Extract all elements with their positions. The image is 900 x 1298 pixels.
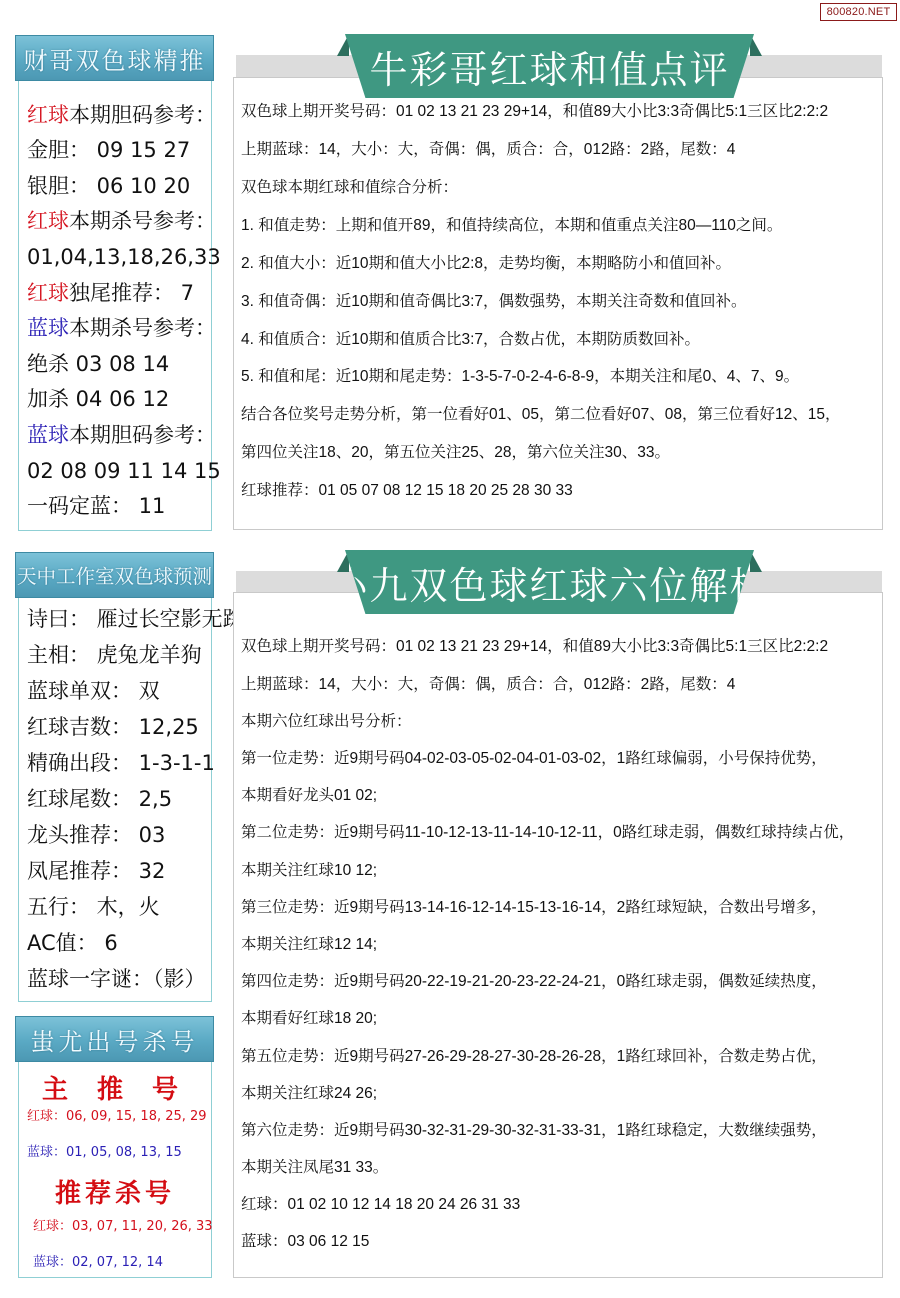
panel1-line-9: 第四位关注18、20，第五位关注25、28，第六位关注30、33。 (241, 445, 670, 461)
panel2-line-1: 上期蓝球：14，大小：大，奇偶：偶，质合：合，012路：2路，尾数：4 (241, 677, 735, 693)
tianzhong-line-1: 主相： 虎兔龙羊狗 (27, 645, 202, 666)
panel1-title: 牛彩哥红球和值点评 (345, 34, 754, 98)
main-pick-heading: 主 推 号 (19, 1069, 211, 1106)
main-pick-red: 红球：06, 09, 15, 18, 25, 29 (19, 1110, 211, 1123)
panel1-content: 双色球上期开奖号码：01 02 13 21 23 29+14，和值89大小比3:… (233, 77, 883, 530)
panel2-ribbon: 小九双色球红球六位解析 (337, 550, 762, 614)
tianzhong-box-title: 天中工作室双色球预测 (15, 552, 214, 598)
panel2-line-2: 本期六位红球出号分析： (241, 714, 412, 730)
caige-line-0: 红球本期胆码参考： (27, 105, 216, 126)
panel2-line-6: 本期关注红球10 12; (241, 863, 377, 879)
panel2-line-15: 红球：01 02 10 12 14 18 20 24 26 31 33 (241, 1197, 520, 1213)
caige-line-4: 01,04,13,18,26,33 (27, 247, 221, 268)
panel2-line-3: 第一位走势：近9期号码04-02-03-05-02-04-01-03-02，1路… (241, 751, 827, 767)
site-watermark: 800820.NET (820, 3, 897, 21)
caige-line-2: 银胆： 06 10 20 (27, 176, 190, 197)
main-pick-blue: 蓝球：01, 05, 08, 13, 15 (19, 1146, 211, 1159)
caige-line-9: 蓝球本期胆码参考： (27, 425, 216, 446)
panel2-line-9: 第四位走势：近9期号码20-22-19-21-20-23-22-24-21，0路… (241, 974, 827, 990)
panel2-line-4: 本期看好龙头01 02; (241, 788, 377, 804)
panel1-line-10: 红球推荐：01 05 07 08 12 15 18 20 25 28 30 33 (241, 483, 573, 499)
tianzhong-line-5: 红球尾数： 2,5 (27, 789, 172, 810)
caige-line-6: 蓝球本期杀号参考： (27, 318, 216, 339)
panel2-content: 双色球上期开奖号码：01 02 13 21 23 29+14，和值89大小比3:… (233, 592, 883, 1278)
kill-pick-heading: 推荐杀号 (19, 1173, 211, 1210)
caige-line-7: 绝杀 03 08 14 (27, 354, 169, 375)
caige-line-3: 红球本期杀号参考： (27, 211, 216, 232)
tianzhong-line-4: 精确出段： 1-3-1-1 (27, 753, 215, 774)
panel2-line-11: 第五位走势：近9期号码27-26-29-28-27-30-28-26-28，1路… (241, 1049, 827, 1065)
tianzhong-line-9: AC值： 6 (27, 933, 118, 954)
panel1-line-6: 4. 和值质合：近10期和值质合比3:7，合数占优，本期防质数回补。 (241, 332, 700, 348)
panel2-line-16: 蓝球：03 06 12 15 (241, 1234, 369, 1250)
panel2-line-10: 本期看好红球18 20; (241, 1011, 377, 1027)
tianzhong-line-0: 诗曰： 雁过长空影无踪 (27, 609, 244, 630)
panel2-line-8: 本期关注红球12 14; (241, 937, 377, 953)
caige-line-5: 红球独尾推荐： 7 (27, 283, 194, 304)
panel1-line-3: 1. 和值走势：上期和值开89，和值持续高位，本期和值重点关注80—110之间。 (241, 218, 782, 234)
tianzhong-line-3: 红球吉数： 12,25 (27, 717, 199, 738)
panel1-line-7: 5. 和值和尾：近10期和尾走势：1-3-5-7-0-2-4-6-8-9，本期关… (241, 369, 799, 385)
panel1-line-8: 结合各位奖号走势分析，第一位看好01、05，第二位看好07、08，第三位看好12… (241, 407, 840, 423)
panel1-line-4: 2. 和值大小：近10期和值大小比2:8，走势均衡，本期略防小和值回补。 (241, 256, 731, 272)
chiyou-box-title: 蚩尤出号杀号 (15, 1016, 214, 1062)
tianzhong-line-8: 五行： 木，火 (27, 897, 160, 918)
caige-box-title: 财哥双色球精推 (15, 35, 214, 81)
kill-pick-red: 红球：03, 07, 11, 20, 26, 33 (19, 1220, 211, 1233)
panel1-ribbon: 牛彩哥红球和值点评 (337, 34, 762, 98)
chiyou-box: 主 推 号 红球：06, 09, 15, 18, 25, 29 蓝球：01, 0… (18, 1058, 212, 1278)
panel1-line-5: 3. 和值奇偶：近10期和值奇偶比3:7，偶数强势，本期关注奇数和值回补。 (241, 294, 747, 310)
panel1-line-0: 双色球上期开奖号码：01 02 13 21 23 29+14，和值89大小比3:… (241, 104, 828, 120)
caige-line-8: 加杀 04 06 12 (27, 389, 169, 410)
tianzhong-line-7: 凤尾推荐： 32 (27, 861, 165, 882)
panel2-line-12: 本期关注红球24 26; (241, 1086, 377, 1102)
panel1-line-2: 双色球本期红球和值综合分析： (241, 180, 458, 196)
panel2-line-0: 双色球上期开奖号码：01 02 13 21 23 29+14，和值89大小比3:… (241, 639, 828, 655)
panel2-line-5: 第二位走势：近9期号码11-10-12-13-11-14-10-12-11，0路… (241, 825, 854, 841)
caige-line-10: 02 08 09 11 14 15 (27, 461, 221, 482)
kill-pick-blue: 蓝球：02, 07, 12, 14 (19, 1256, 211, 1269)
panel2-line-13: 第六位走势：近9期号码30-32-31-29-30-32-31-33-31，1路… (241, 1123, 827, 1139)
tianzhong-line-2: 蓝球单双： 双 (27, 681, 160, 702)
tianzhong-line-10: 蓝球一字谜：（影） (27, 969, 206, 990)
tianzhong-line-6: 龙头推荐： 03 (27, 825, 165, 846)
caige-line-1: 金胆： 09 15 27 (27, 140, 190, 161)
panel2-line-7: 第三位走势：近9期号码13-14-16-12-14-15-13-16-14，2路… (241, 900, 827, 916)
caige-line-11: 一码定蓝： 11 (27, 496, 165, 517)
tianzhong-box: 诗曰： 雁过长空影无踪 主相： 虎兔龙羊狗 蓝球单双： 双 红球吉数： 12,2… (18, 590, 212, 1002)
panel2-line-14: 本期关注凤尾31 33。 (241, 1160, 388, 1176)
panel2-title: 小九双色球红球六位解析 (345, 550, 754, 614)
panel1-line-1: 上期蓝球：14，大小：大，奇偶：偶，质合：合，012路：2路，尾数：4 (241, 142, 735, 158)
caige-box: 红球本期胆码参考： 金胆： 09 15 27 银胆： 06 10 20 红球本期… (18, 80, 212, 531)
